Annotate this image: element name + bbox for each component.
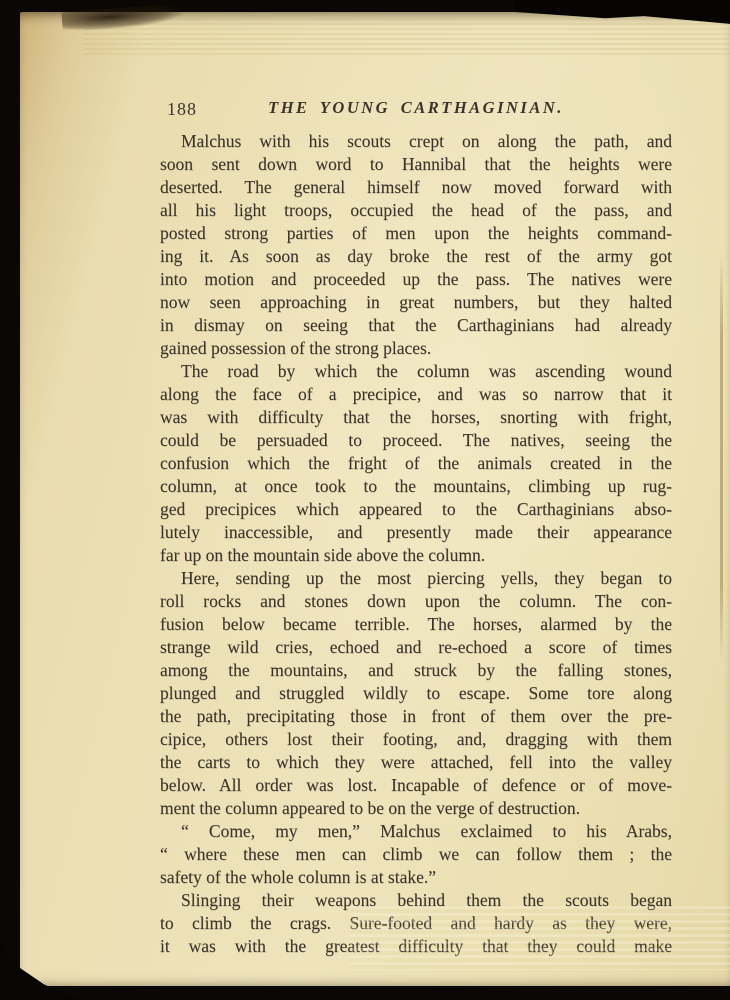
- text-line: roll rocks and stones down upon the colu…: [160, 590, 672, 613]
- text-line: plunged and struggled wildly to escape. …: [160, 682, 672, 705]
- text-line: cipice, others lost their footing, and, …: [160, 728, 672, 751]
- text-line: ged precipices which appeared to the Car…: [160, 498, 672, 521]
- text-line: now seen approaching in great numbers, b…: [160, 291, 672, 314]
- text-line: all his light troops, occupied the head …: [160, 199, 672, 222]
- text-line: deserted. The general himself now moved …: [160, 176, 672, 199]
- book-scan-photo: { "colors": { "background": "#0a0704", "…: [0, 0, 730, 1000]
- running-head: 188 THE YOUNG CARTHAGINIAN.: [160, 98, 672, 122]
- text-line: confusion which the fright of the animal…: [160, 452, 672, 475]
- text-line: far up on the mountain side above the co…: [160, 544, 672, 567]
- text-line: fusion below became terrible. The horses…: [160, 613, 672, 636]
- text-line: Here, sending up the most piercing yells…: [160, 567, 672, 590]
- text-line: ment the column appeared to be on the ve…: [160, 797, 672, 820]
- page-edge-stack: [20, 13, 78, 981]
- text-line: soon sent down word to Hannibal that the…: [160, 153, 672, 176]
- text-line: was with difficulty that the horses, sno…: [160, 406, 672, 429]
- text-line: among the mountains, and struck by the f…: [160, 659, 672, 682]
- page-number: 188: [167, 99, 197, 120]
- book-page: 188 THE YOUNG CARTHAGINIAN. Malchus with…: [20, 12, 730, 986]
- text-line: posted strong parties of men upon the he…: [160, 222, 672, 245]
- text-line: safety of the whole column is at stake.”: [160, 866, 672, 889]
- paragraph: Here, sending up the most piercing yells…: [160, 567, 672, 820]
- text-line: lutely inaccessible, and presently made …: [160, 521, 672, 544]
- page-crease: [720, 252, 723, 662]
- text-line: strange wild cries, echoed and re-echoed…: [160, 636, 672, 659]
- text-line: in dismay on seeing that the Carthaginia…: [160, 314, 672, 337]
- scan-streaks: [350, 906, 730, 970]
- text-line: “ Come, my men,” Malchus exclaimed to hi…: [160, 820, 672, 843]
- text-line: could be persuaded to proceed. The nativ…: [160, 429, 672, 452]
- text-line: “ where these men can climb we can follo…: [160, 843, 672, 866]
- text-line: ing it. As soon as day broke the rest of…: [160, 245, 672, 268]
- page-text: Malchus with his scouts crept on along t…: [160, 130, 672, 958]
- text-line: the carts to which they were attached, f…: [160, 751, 672, 774]
- text-line: below. All order was lost. Incapable of …: [160, 774, 672, 797]
- running-title: THE YOUNG CARTHAGINIAN.: [160, 98, 672, 118]
- text-line: into motion and proceeded up the pass. T…: [160, 268, 672, 291]
- text-line: The road by which the column was ascendi…: [160, 360, 672, 383]
- text-line: column, at once took to the mountains, c…: [160, 475, 672, 498]
- paragraph: “ Come, my men,” Malchus exclaimed to hi…: [160, 820, 672, 889]
- book-photo: 188 THE YOUNG CARTHAGINIAN. Malchus with…: [0, 0, 730, 1000]
- paragraph: The road by which the column was ascendi…: [160, 360, 672, 567]
- paragraph: Malchus with his scouts crept on along t…: [160, 130, 672, 360]
- text-line: gained possession of the strong places.: [160, 337, 672, 360]
- text-line: along the face of a precipice, and was s…: [160, 383, 672, 406]
- text-line: the path, precipitating those in front o…: [160, 705, 672, 728]
- text-line: Malchus with his scouts crept on along t…: [160, 130, 672, 153]
